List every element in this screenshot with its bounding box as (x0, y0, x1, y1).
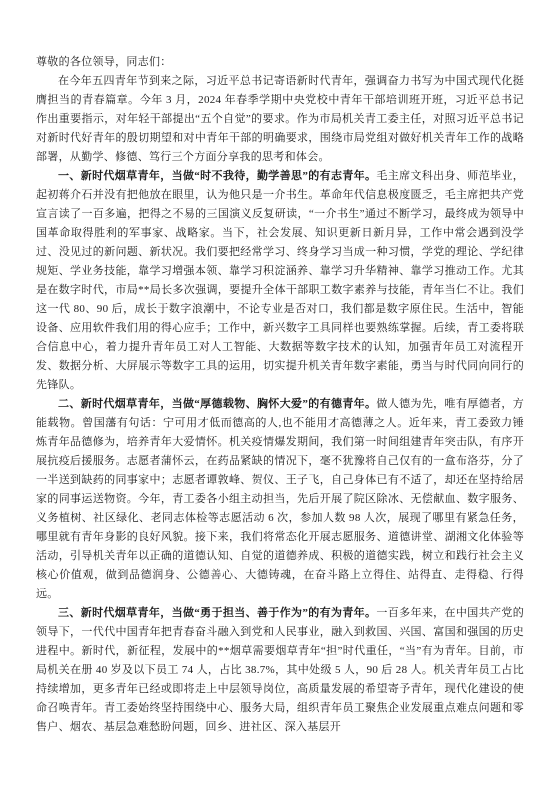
section-3-paragraph: 三、新时代烟草青年，当做“勇于担当、善于作为”的有为青年。一百多年来，在中国共产… (36, 604, 524, 737)
section-1-heading: 一、新时代烟草青年，当做“时不我待，勤学善思”的有志青年。 (58, 170, 376, 182)
document-page: 尊敬的各位领导，同志们： 在今年五四青年节到来之际，习近平总书记寄语新时代青年，… (0, 0, 560, 793)
section-3-body: 一百多年来，在中国共产党的领导下，一代代中国青年把青春奋斗融入到党和人民事业，融… (36, 607, 524, 733)
intro-paragraph: 在今年五四青年节到来之际，习近平总书记寄语新时代青年，强调奋力书写为中国式现代化… (36, 72, 524, 167)
section-2-paragraph: 二、新时代烟草青年，当做“厚德载物、胸怀大爱”的有德青年。做人德为先，唯有厚德者… (36, 395, 524, 604)
section-2-body: 做人德为先，唯有厚德者，方能载物。曾国藩有句话：宁可用才低而德高的人,也不能用才… (36, 398, 524, 600)
section-3-heading: 三、新时代烟草青年，当做“勇于担当、善于作为”的有为青年。 (58, 607, 376, 619)
salutation-line: 尊敬的各位领导，同志们： (36, 53, 524, 72)
section-1-body: 毛主席文科出身、师范毕业，起初蒋介石并没有把他放在眼里，认为他只是一介书生。革命… (36, 170, 524, 391)
section-1-paragraph: 一、新时代烟草青年，当做“时不我待，勤学善思”的有志青年。毛主席文科出身、师范毕… (36, 167, 524, 395)
section-2-heading: 二、新时代烟草青年，当做“厚德载物、胸怀大爱”的有德青年。 (58, 398, 376, 410)
